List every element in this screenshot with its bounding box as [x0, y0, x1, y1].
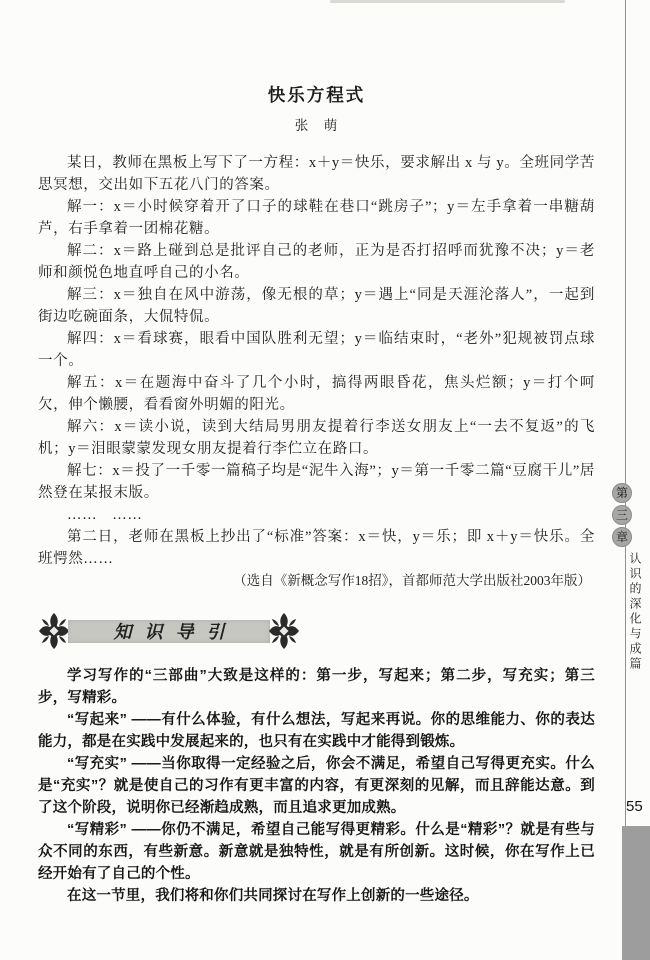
guide-paragraph: “写精彩” ——你仍不满足，希望自己能写得更精彩。什么是“精彩”？就是有些与众不…: [38, 819, 595, 885]
story-paragraph: 解二：x＝路上碰到总是批评自己的老师，正为是否打招呼而犹豫不决；y＝老师和颜悦色…: [38, 240, 595, 284]
chapter-title-vertical: 认识的深化与成篇: [627, 552, 644, 672]
article-title: 快乐方程式: [38, 82, 595, 107]
chapter-badge: 章: [612, 527, 632, 547]
story-paragraph: 解六：x＝读小说，读到大结局男朋友提着行李送女朋友上“一去不复返”的飞机；y＝泪…: [38, 416, 595, 460]
guide-paragraph: 学习写作的“三部曲”大致是这样的：第一步，写起来；第二步，写充实；第三步，写精彩…: [38, 665, 595, 709]
guide-paragraph: “写起来” ——有什么体验，有什么想法，写起来再说。你的思维能力、你的表达能力，…: [38, 709, 595, 753]
scan-edge-smudge: [330, 0, 565, 3]
guide-paragraph: 在这一节里，我们将和你们共同探讨在写作上创新的一些途径。: [38, 885, 595, 907]
story-paragraph: 某日，教师在黑板上写下了一方程：x＋y＝快乐，要求解出 x 与 y。全班同学苦思…: [38, 152, 595, 196]
chapter-badge: 三: [612, 505, 632, 525]
page-edge-gray-block: [622, 826, 650, 960]
article-author: 张 萌: [38, 114, 595, 134]
article-body: 某日，教师在黑板上写下了一方程：x＋y＝快乐，要求解出 x 与 y。全班同学苦思…: [38, 152, 595, 592]
story-paragraph: 解三：x＝独自在风中游荡，像无根的草；y＝遇上“同是天涯沦落人”，一起到街边吃碗…: [38, 284, 595, 328]
story-paragraph: 第二日，老师在黑板上抄出了“标准”答案：x＝快，y＝乐；即 x＋y＝快乐。全班愕…: [38, 526, 595, 570]
story-paragraph: 解一：x＝小时候穿着开了口子的球鞋在巷口“跳房子”；y＝左手拿着一串糖葫芦，右手…: [38, 196, 595, 240]
story-paragraph: 解四：x＝看球赛，眼看中国队胜利无望；y＝临结束时，“老外”犯规被罚点球一个。: [38, 328, 595, 372]
story-paragraph: 解五：x＝在题海中奋斗了几个小时，搞得两眼昏花，焦头烂额；y＝打个呵欠，伸个懒腰…: [38, 372, 595, 416]
section-banner-label: 知识导引: [114, 618, 238, 644]
page-number: 55: [626, 798, 650, 815]
article-source: （选自《新概念写作18招》，首都师范大学出版社2003年版）: [38, 570, 595, 592]
guide-section: 学习写作的“三部曲”大致是这样的：第一步，写起来；第二步，写充实；第三步，写精彩…: [38, 665, 595, 907]
story-paragraph: 解七：x＝投了一千零一篇稿子均是“泥牛入海”；y＝第一千零二篇“豆腐干儿”居然登…: [38, 460, 595, 504]
floral-ornament-icon: [268, 612, 300, 650]
page-content: 快乐方程式 张 萌 某日，教师在黑板上写下了一方程：x＋y＝快乐，要求解出 x …: [38, 70, 595, 907]
ellipsis-line: …… ……: [38, 504, 595, 526]
section-banner: 知识导引: [38, 612, 300, 650]
chapter-badge: 第: [612, 483, 632, 503]
floral-ornament-icon: [38, 612, 70, 650]
book-page: 快乐方程式 张 萌 某日，教师在黑板上写下了一方程：x＋y＝快乐，要求解出 x …: [0, 0, 650, 960]
chapter-divider-line: [625, 0, 626, 826]
section-banner-bar: 知识导引: [68, 620, 270, 643]
guide-paragraph: “写充实” ——当你取得一定经验之后，你会不满足，希望自己写得更充实。什么是“充…: [38, 753, 595, 819]
